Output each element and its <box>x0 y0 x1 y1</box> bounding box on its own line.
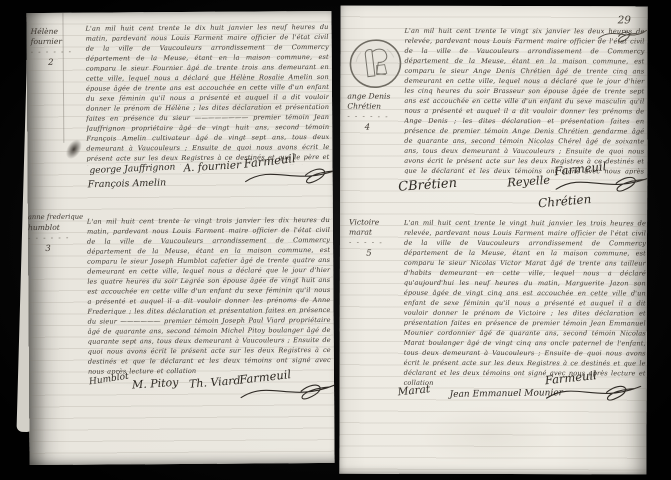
signature: Th. Viard <box>189 374 241 391</box>
margin-name: Victoire <box>349 218 409 228</box>
signature: M. Pitoy <box>132 376 179 392</box>
act-number: 2 <box>31 58 71 68</box>
margin-dashes: - - - - - <box>349 239 409 247</box>
circular-seal-icon <box>343 32 407 95</box>
mayor-signature: Farmeuil <box>239 367 335 398</box>
act-number: 4 <box>347 123 387 133</box>
margin-annotation-act-5: Victoire marat - - - - - 5 <box>349 218 409 259</box>
mayor-signature: Farmeuil <box>243 151 334 182</box>
margin-annotation-act-4: ange Denis Chrétien - - - - - - 4 <box>347 92 411 133</box>
act-number: 3 <box>28 244 68 254</box>
margin-name: Chrétien <box>347 101 411 111</box>
signature: CBrétien <box>398 176 458 195</box>
signature: george Jauffrignon <box>89 163 175 177</box>
margin-dashes: - - - - - - <box>347 113 411 121</box>
act-number: 5 <box>349 249 389 259</box>
left-page: Hélène fournier - - - - - - 2 L'an mil h… <box>26 11 334 465</box>
act-text-2: L'an mil huit cent trente le dix huit ja… <box>86 22 330 166</box>
mayor-signature: Farmeuil <box>554 159 647 189</box>
signature: Marat <box>397 383 431 398</box>
ink-blot <box>63 137 85 162</box>
paper-stain <box>419 406 559 466</box>
signature: A. fournier <box>183 159 241 174</box>
margin-name: ange Denis <box>347 92 411 102</box>
signature: Reyelle <box>507 173 551 190</box>
margin-name: marat <box>349 227 409 237</box>
archival-register-scan: Hélène fournier - - - - - - 2 L'an mil h… <box>0 0 671 480</box>
right-page: 29 ange Denis Chrétien - - - - - - 4 L'a… <box>339 6 647 475</box>
mayor-signature: Farmeuil <box>545 368 645 398</box>
signature: Chrétien <box>538 192 592 210</box>
act-text-4: L'an mil huit cent trente le vingt six j… <box>404 26 644 175</box>
act-text-3: L'an mil huit cent trente le vingt trois… <box>87 215 331 375</box>
signature: François Amelin <box>87 177 166 190</box>
